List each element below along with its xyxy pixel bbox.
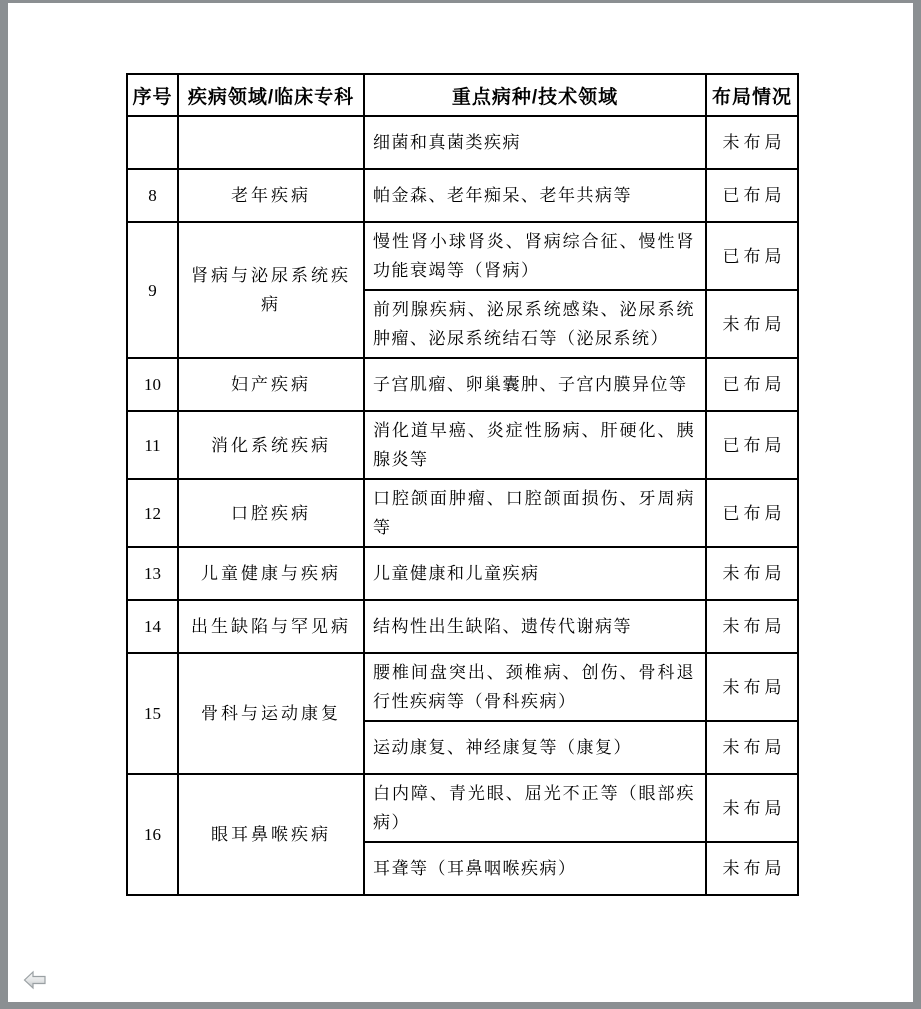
document-viewer-window: { "table": { "headers": ["序号", "疾病领域/临床专… <box>0 0 921 1009</box>
row-number-cell <box>127 116 178 169</box>
table-row: 12口腔疾病口腔颌面肿瘤、口腔颌面损伤、牙周病等已布局 <box>127 479 798 547</box>
focus-cell: 子宫肌瘤、卵巢囊肿、子宫内膜异位等 <box>364 358 706 411</box>
table-row: 8老年疾病帕金森、老年痴呆、老年共病等已布局 <box>127 169 798 222</box>
domain-cell: 肾病与泌尿系统疾病 <box>178 222 364 358</box>
focus-cell: 细菌和真菌类疾病 <box>364 116 706 169</box>
table-row: 10妇产疾病子宫肌瘤、卵巢囊肿、子宫内膜异位等已布局 <box>127 358 798 411</box>
focus-cell: 运动康复、神经康复等（康复） <box>364 721 706 774</box>
domain-cell: 口腔疾病 <box>178 479 364 547</box>
focus-cell: 耳聋等（耳鼻咽喉疾病） <box>364 842 706 895</box>
status-cell: 已布局 <box>706 479 798 547</box>
domain-cell: 儿童健康与疾病 <box>178 547 364 600</box>
focus-cell: 腰椎间盘突出、颈椎病、创伤、骨科退行性疾病等（骨科疾病） <box>364 653 706 721</box>
row-number-cell: 12 <box>127 479 178 547</box>
status-cell: 未布局 <box>706 547 798 600</box>
domain-cell: 消化系统疾病 <box>178 411 364 479</box>
header-no: 序号 <box>127 74 178 116</box>
domain-cell: 老年疾病 <box>178 169 364 222</box>
status-cell: 已布局 <box>706 411 798 479</box>
row-number-cell: 16 <box>127 774 178 895</box>
status-cell: 未布局 <box>706 774 798 842</box>
domain-cell <box>178 116 364 169</box>
status-cell: 未布局 <box>706 600 798 653</box>
status-cell: 未布局 <box>706 721 798 774</box>
row-number-cell: 13 <box>127 547 178 600</box>
document-page: 序号 疾病领域/临床专科 重点病种/技术领域 布局情况 细菌和真菌类疾病未布局8… <box>8 3 913 1002</box>
disease-layout-table: 序号 疾病领域/临床专科 重点病种/技术领域 布局情况 细菌和真菌类疾病未布局8… <box>126 73 799 896</box>
focus-cell: 帕金森、老年痴呆、老年共病等 <box>364 169 706 222</box>
table-row: 14出生缺陷与罕见病结构性出生缺陷、遗传代谢病等未布局 <box>127 600 798 653</box>
focus-cell: 消化道早癌、炎症性肠病、肝硬化、胰腺炎等 <box>364 411 706 479</box>
status-cell: 未布局 <box>706 290 798 358</box>
table-row: 9肾病与泌尿系统疾病慢性肾小球肾炎、肾病综合征、慢性肾功能衰竭等（肾病）已布局 <box>127 222 798 290</box>
table-row: 16眼耳鼻喉疾病白内障、青光眼、屈光不正等（眼部疾病）未布局 <box>127 774 798 842</box>
header-status: 布局情况 <box>706 74 798 116</box>
table-row: 15骨科与运动康复腰椎间盘突出、颈椎病、创伤、骨科退行性疾病等（骨科疾病）未布局 <box>127 653 798 721</box>
status-cell: 未布局 <box>706 116 798 169</box>
status-cell: 未布局 <box>706 653 798 721</box>
row-number-cell: 9 <box>127 222 178 358</box>
status-cell: 已布局 <box>706 358 798 411</box>
focus-cell: 前列腺疾病、泌尿系统感染、泌尿系统肿瘤、泌尿系统结石等（泌尿系统） <box>364 290 706 358</box>
focus-cell: 慢性肾小球肾炎、肾病综合征、慢性肾功能衰竭等（肾病） <box>364 222 706 290</box>
focus-cell: 儿童健康和儿童疾病 <box>364 547 706 600</box>
header-domain: 疾病领域/临床专科 <box>178 74 364 116</box>
status-cell: 已布局 <box>706 222 798 290</box>
domain-cell: 眼耳鼻喉疾病 <box>178 774 364 895</box>
table-row: 细菌和真菌类疾病未布局 <box>127 116 798 169</box>
focus-cell: 结构性出生缺陷、遗传代谢病等 <box>364 600 706 653</box>
domain-cell: 妇产疾病 <box>178 358 364 411</box>
status-cell: 已布局 <box>706 169 798 222</box>
header-focus: 重点病种/技术领域 <box>364 74 706 116</box>
table-row: 13儿童健康与疾病儿童健康和儿童疾病未布局 <box>127 547 798 600</box>
row-number-cell: 15 <box>127 653 178 774</box>
focus-cell: 白内障、青光眼、屈光不正等（眼部疾病） <box>364 774 706 842</box>
row-number-cell: 10 <box>127 358 178 411</box>
table-body: 细菌和真菌类疾病未布局8老年疾病帕金森、老年痴呆、老年共病等已布局9肾病与泌尿系… <box>127 116 798 895</box>
focus-cell: 口腔颌面肿瘤、口腔颌面损伤、牙周病等 <box>364 479 706 547</box>
previous-page-button[interactable] <box>23 970 47 991</box>
table-header-row: 序号 疾病领域/临床专科 重点病种/技术领域 布局情况 <box>127 74 798 116</box>
status-cell: 未布局 <box>706 842 798 895</box>
row-number-cell: 8 <box>127 169 178 222</box>
row-number-cell: 14 <box>127 600 178 653</box>
domain-cell: 出生缺陷与罕见病 <box>178 600 364 653</box>
domain-cell: 骨科与运动康复 <box>178 653 364 774</box>
table-row: 11消化系统疾病消化道早癌、炎症性肠病、肝硬化、胰腺炎等已布局 <box>127 411 798 479</box>
row-number-cell: 11 <box>127 411 178 479</box>
left-arrow-icon <box>23 970 47 991</box>
